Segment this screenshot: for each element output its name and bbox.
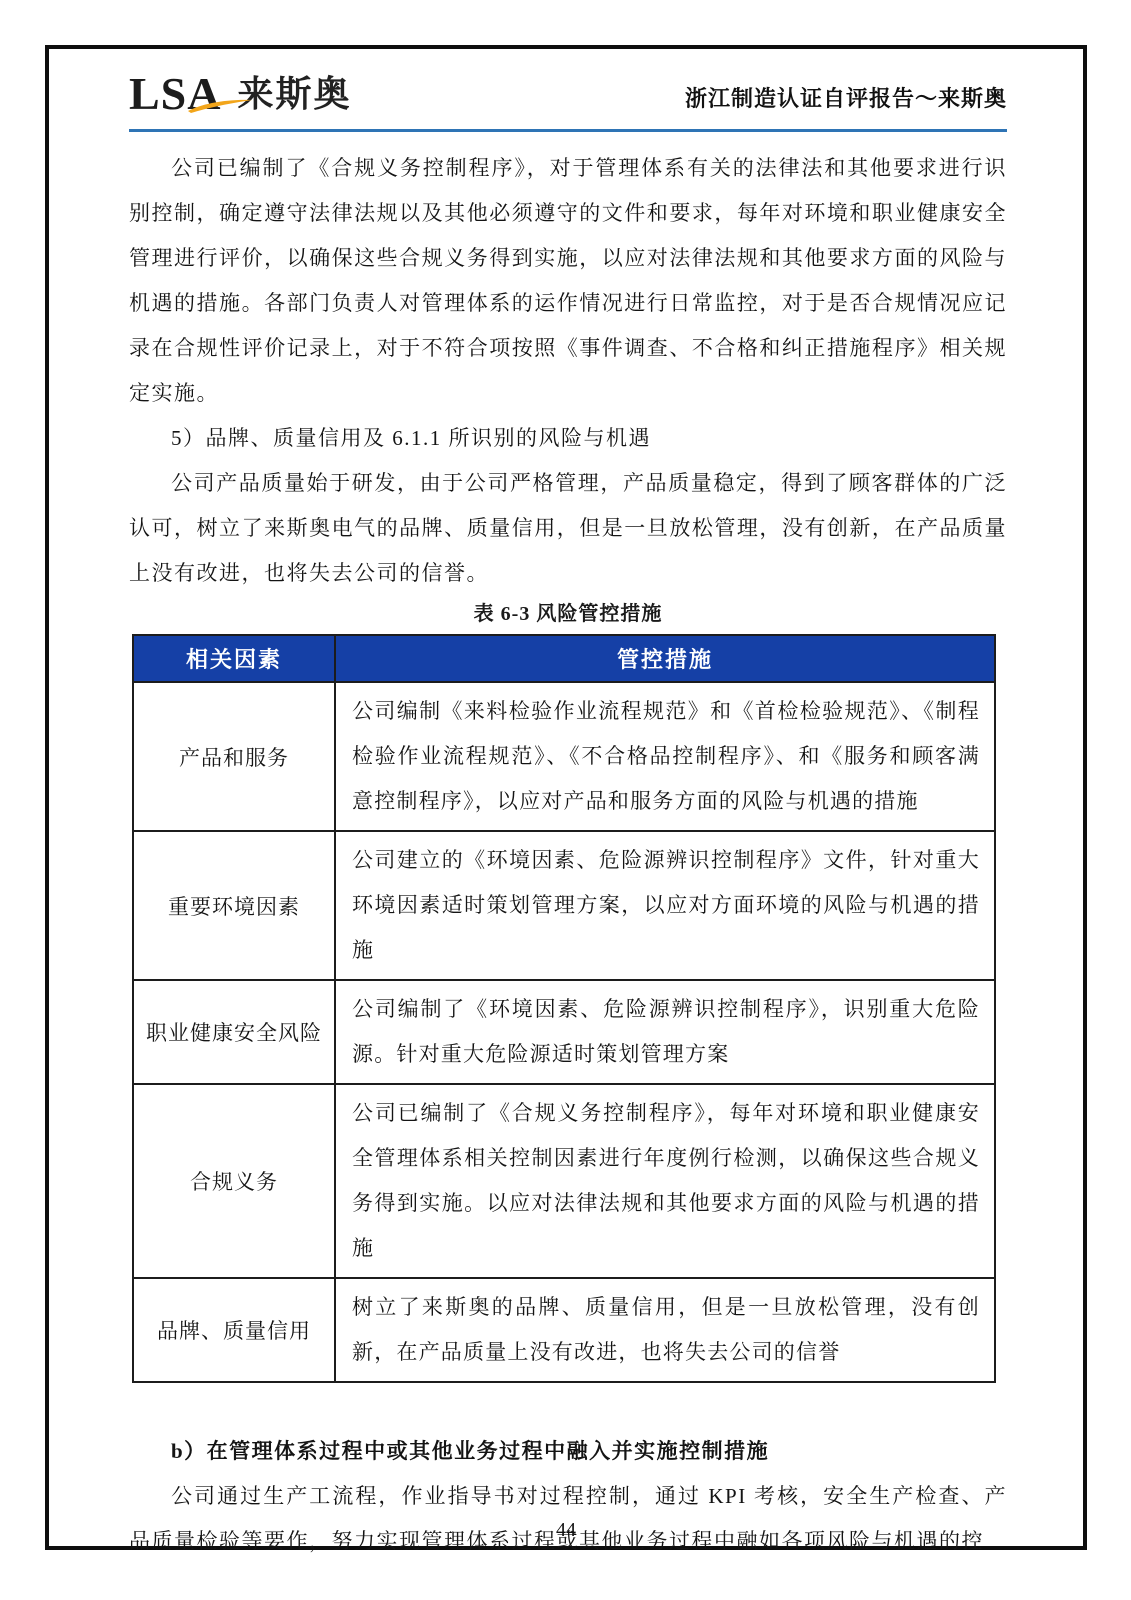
paragraph-brand-quality: 公司产品质量始于研发，由于公司严格管理，产品质量稳定，得到了顾客群体的广泛认可，… xyxy=(129,461,1007,596)
measure-cell: 公司已编制了《合规义务控制程序》，每年对环境和职业健康安全管理体系相关控制因素进… xyxy=(335,1084,995,1278)
factor-cell: 职业健康安全风险 xyxy=(133,980,335,1084)
page-number: 44 xyxy=(49,1519,1083,1542)
table-head: 相关因素 管控措施 xyxy=(133,635,995,682)
page-border-frame: LSA 来斯奥 浙江制造认证自评报告～来斯奥 公司已编制了《合规义务控制程序》，… xyxy=(45,45,1087,1550)
logo-lsa-text: LSA xyxy=(129,71,221,117)
factor-cell: 品牌、质量信用 xyxy=(133,1278,335,1382)
company-logo: LSA 来斯奥 xyxy=(129,71,352,117)
page-content: LSA 来斯奥 浙江制造认证自评报告～来斯奥 公司已编制了《合规义务控制程序》，… xyxy=(49,59,1083,1556)
table-row: 职业健康安全风险 公司编制了《环境因素、危险源辨识控制程序》，识别重大危险源。针… xyxy=(133,980,995,1084)
measure-cell: 公司编制《来料检验作业流程规范》和《首检检验规范》、《制程检验作业流程规范》、《… xyxy=(335,682,995,831)
column-header-measure: 管控措施 xyxy=(335,635,995,682)
document-page: LSA 来斯奥 浙江制造认证自评报告～来斯奥 公司已编制了《合规义务控制程序》，… xyxy=(0,0,1131,1600)
measure-cell: 树立了来斯奥的品牌、质量信用，但是一旦放松管理，没有创新，在产品质量上没有改进，… xyxy=(335,1278,995,1382)
section-heading-5: 5）品牌、质量信用及 6.1.1 所识别的风险与机遇 xyxy=(129,416,1007,461)
table-row: 重要环境因素 公司建立的《环境因素、危险源辨识控制程序》文件，针对重大环境因素适… xyxy=(133,831,995,980)
measure-cell: 公司编制了《环境因素、危险源辨识控制程序》，识别重大危险源。针对重大危险源适时策… xyxy=(335,980,995,1084)
factor-cell: 合规义务 xyxy=(133,1084,335,1278)
table-row: 合规义务 公司已编制了《合规义务控制程序》，每年对环境和职业健康安全管理体系相关… xyxy=(133,1084,995,1278)
page-header: LSA 来斯奥 浙江制造认证自评报告～来斯奥 xyxy=(129,59,1007,117)
header-divider-rule xyxy=(129,129,1007,132)
measure-cell: 公司建立的《环境因素、危险源辨识控制程序》文件，针对重大环境因素适时策划管理方案… xyxy=(335,831,995,980)
section-heading-b: b）在管理体系过程中或其他业务过程中融入并实施控制措施 xyxy=(129,1429,1007,1474)
table-body: 产品和服务 公司编制《来料检验作业流程规范》和《首检检验规范》、《制程检验作业流… xyxy=(133,682,995,1382)
column-header-factor: 相关因素 xyxy=(133,635,335,682)
paragraph-compliance-obligations: 公司已编制了《合规义务控制程序》，对于管理体系有关的法律法和其他要求进行识别控制… xyxy=(129,146,1007,416)
table-header-row: 相关因素 管控措施 xyxy=(133,635,995,682)
table-caption: 表 6-3 风险管控措施 xyxy=(129,600,1007,628)
factor-cell: 产品和服务 xyxy=(133,682,335,831)
risk-control-table: 相关因素 管控措施 产品和服务 公司编制《来料检验作业流程规范》和《首检检验规范… xyxy=(132,634,996,1383)
table-row: 品牌、质量信用 树立了来斯奥的品牌、质量信用，但是一旦放松管理，没有创新，在产品… xyxy=(133,1278,995,1382)
factor-cell: 重要环境因素 xyxy=(133,831,335,980)
table-row: 产品和服务 公司编制《来料检验作业流程规范》和《首检检验规范》、《制程检验作业流… xyxy=(133,682,995,831)
document-title: 浙江制造认证自评报告～来斯奥 xyxy=(685,82,1007,117)
logo-company-name: 来斯奥 xyxy=(237,76,351,112)
